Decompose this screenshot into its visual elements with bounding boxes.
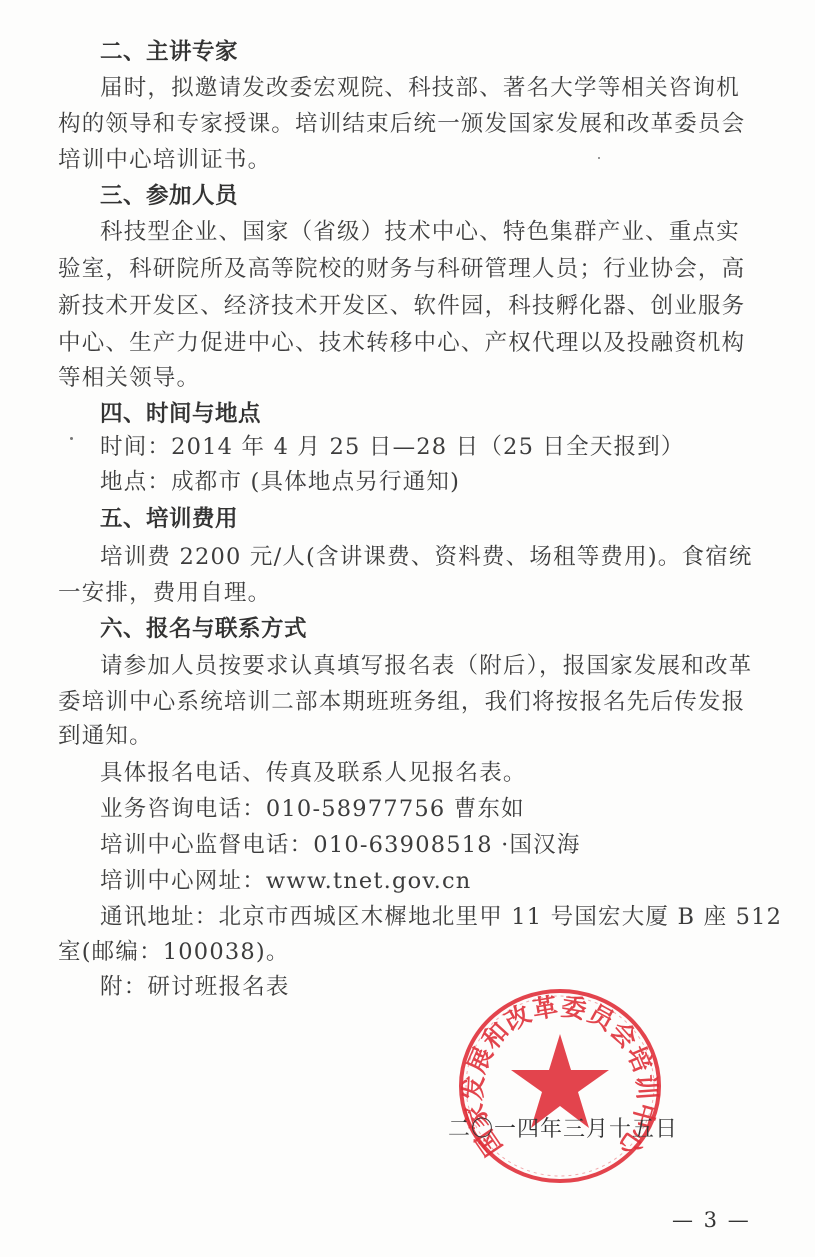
paragraph-line: 验室，科研院所及高等院校的财务与科研管理人员；行业协会，高: [58, 253, 745, 285]
scan-speck: [598, 157, 600, 159]
paragraph-line: 到通知。: [58, 720, 153, 752]
section-heading-registration: 六、报名与联系方式: [100, 613, 307, 645]
supervision-phone-line: 培训中心监督电话：010-63908518 ·国汉海: [100, 829, 581, 861]
consult-phone-line: 业务咨询电话：010-58977756 曹东如: [100, 793, 525, 825]
paragraph-line: 培训费 2200 元/人(含讲课费、资料费、场租等费用)。食宿统: [100, 541, 753, 573]
page-number: — 3 —: [672, 1208, 751, 1232]
section-heading-time-place: 四、时间与地点: [100, 398, 261, 430]
paragraph-line: 培训中心培训证书。: [58, 144, 271, 176]
paragraph-line: 科技型企业、国家（省级）技术中心、特色集群产业、重点实: [100, 216, 740, 248]
website-line: 培训中心网址：www.tnet.gov.cn: [100, 865, 471, 897]
paragraph-line: 届时，拟邀请发改委宏观院、科技部、著名大学等相关咨询机: [100, 72, 740, 104]
section-heading-experts: 二、主讲专家: [100, 36, 238, 68]
official-seal-stamp: 国家发展和改革委员会培训中心: [458, 988, 662, 1184]
paragraph-line: 等相关领导。: [58, 362, 200, 394]
paragraph-line: 具体报名电话、传真及联系人见报名表。: [100, 757, 527, 789]
paragraph-line: 中心、生产力促进中心、技术转移中心、产权代理以及投融资机构: [58, 327, 745, 359]
address-line: 通讯地址：北京市西城区木樨地北里甲 11 号国宏大厦 B 座 512: [100, 901, 782, 933]
place-line: 地点：成都市 (具体地点另行通知): [100, 466, 460, 498]
paragraph-line: 一安排，费用自理。: [58, 577, 271, 609]
paragraph-line: 请参加人员按要求认真填写报名表（附后），报国家发展和改革: [100, 650, 752, 682]
document-page: 二、主讲专家 届时，拟邀请发改委宏观院、科技部、著名大学等相关咨询机 构的领导和…: [0, 0, 815, 1257]
address-line-cont: 室(邮编：100038)。: [58, 936, 290, 968]
paragraph-line: 新技术开发区、经济技术开发区、软件园，科技孵化器、创业服务: [58, 290, 745, 322]
attachment-line: 附：研讨班报名表: [100, 971, 290, 1003]
section-heading-fees: 五、培训费用: [100, 503, 238, 535]
section-heading-participants: 三、参加人员: [100, 180, 238, 212]
paragraph-line: 委培训中心系统培训二部本期班班务组，我们将按报名先后传发报: [58, 686, 745, 718]
time-line: 时间：2014 年 4 月 25 日—28 日（25 日全天报到）: [100, 431, 685, 463]
paragraph-line: 构的领导和专家授课。培训结束后统一颁发国家发展和改革委员会: [58, 108, 745, 140]
scan-speck: [70, 437, 73, 440]
document-date: 二〇一四年三月十五日: [448, 1112, 678, 1143]
